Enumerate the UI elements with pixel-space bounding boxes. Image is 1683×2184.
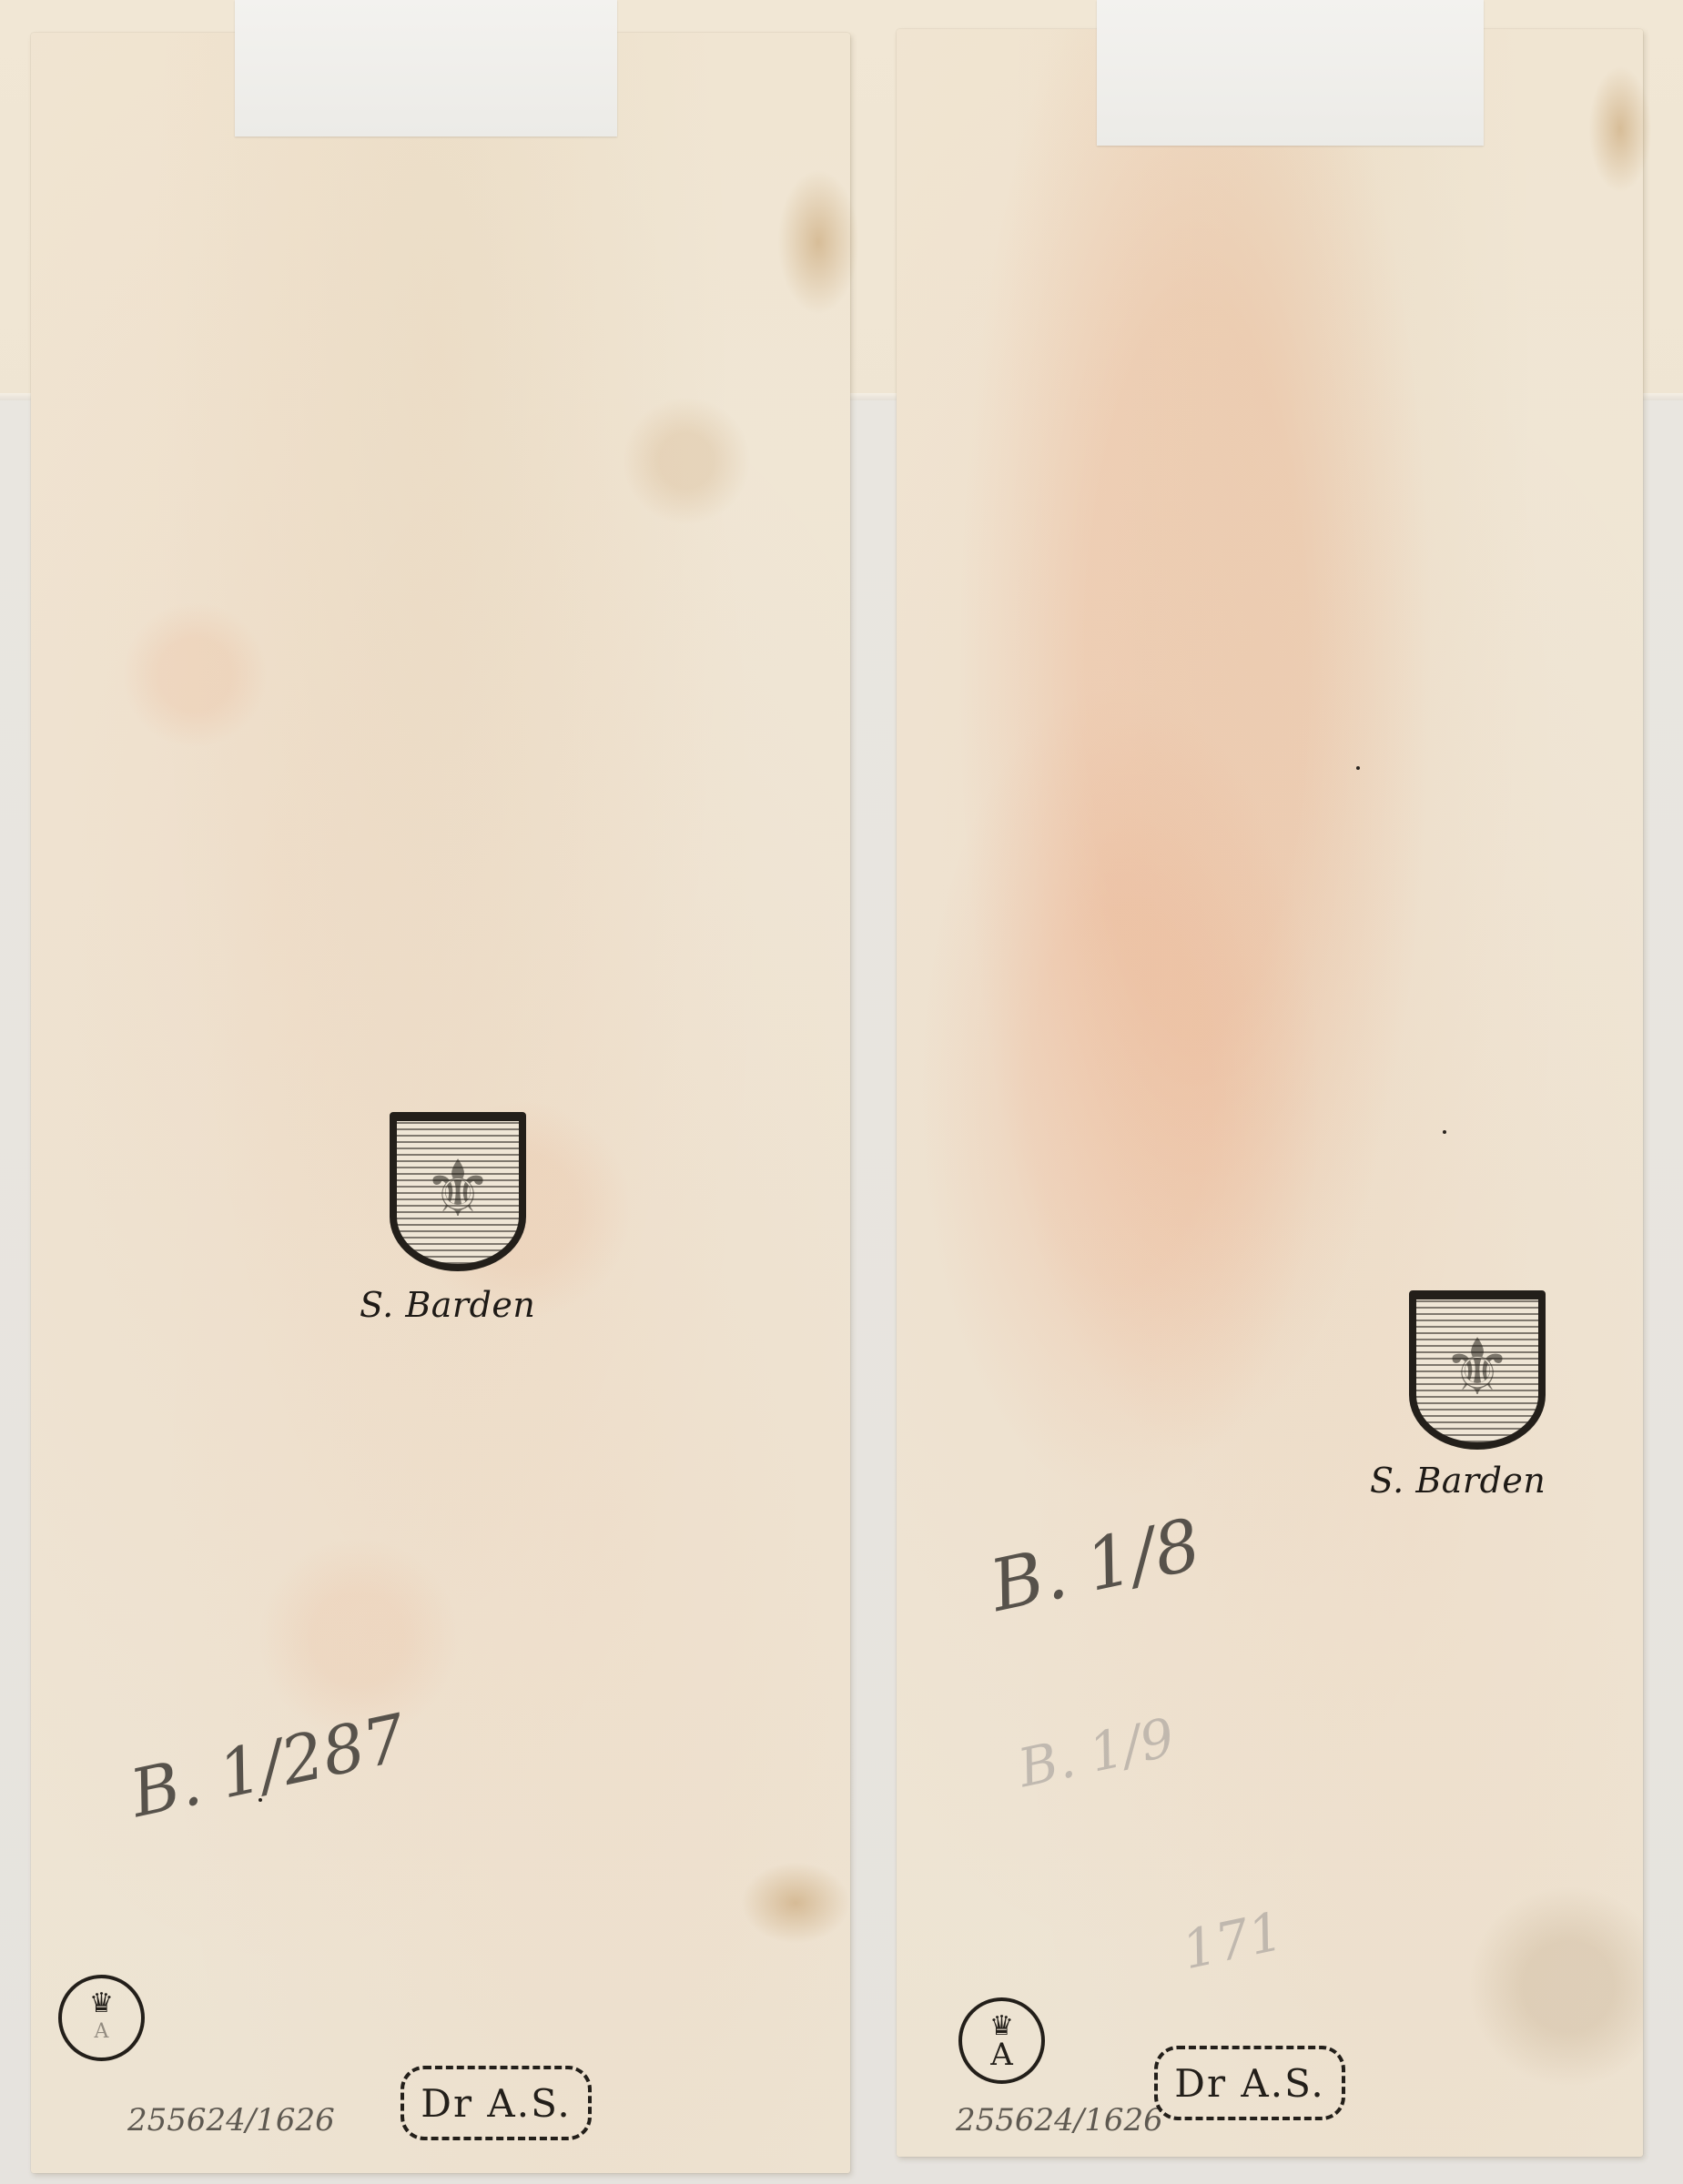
brown-stain [741,1862,850,1944]
foxing-stains [31,33,850,2173]
barden-signature-left: S. Barden [360,1285,535,1325]
barden-shield-stamp-left [390,1112,526,1271]
brown-stain [1588,66,1652,193]
accession-number-right: 255624/1626 [956,2102,1163,2138]
foxing-stains [897,29,1643,2157]
hinge-tape-right [1097,0,1484,146]
crown-icon: ♛ [89,1990,114,2017]
accession-number-left: 255624/1626 [127,2102,335,2138]
hinge-tape-left [235,0,617,136]
stamp-letter: A [95,2017,109,2047]
stamp-letter: A [990,2040,1013,2069]
ink-speck [1356,766,1360,770]
barden-shield-stamp-right [1409,1290,1546,1450]
ink-speck [1443,1130,1446,1134]
crown-icon: ♛ [989,2013,1014,2040]
crowned-circle-stamp-left: ♛ A [58,1975,145,2061]
brown-stain [777,169,859,315]
dr-as-stamp-right: Dr A.S. [1154,2046,1345,2120]
barden-signature-right: S. Barden [1370,1461,1546,1501]
print-verso-right [897,29,1643,2157]
print-verso-left [31,33,850,2173]
crowned-circle-stamp-right: ♛ A [958,1997,1045,2084]
dr-as-stamp-left: Dr A.S. [400,2066,592,2140]
